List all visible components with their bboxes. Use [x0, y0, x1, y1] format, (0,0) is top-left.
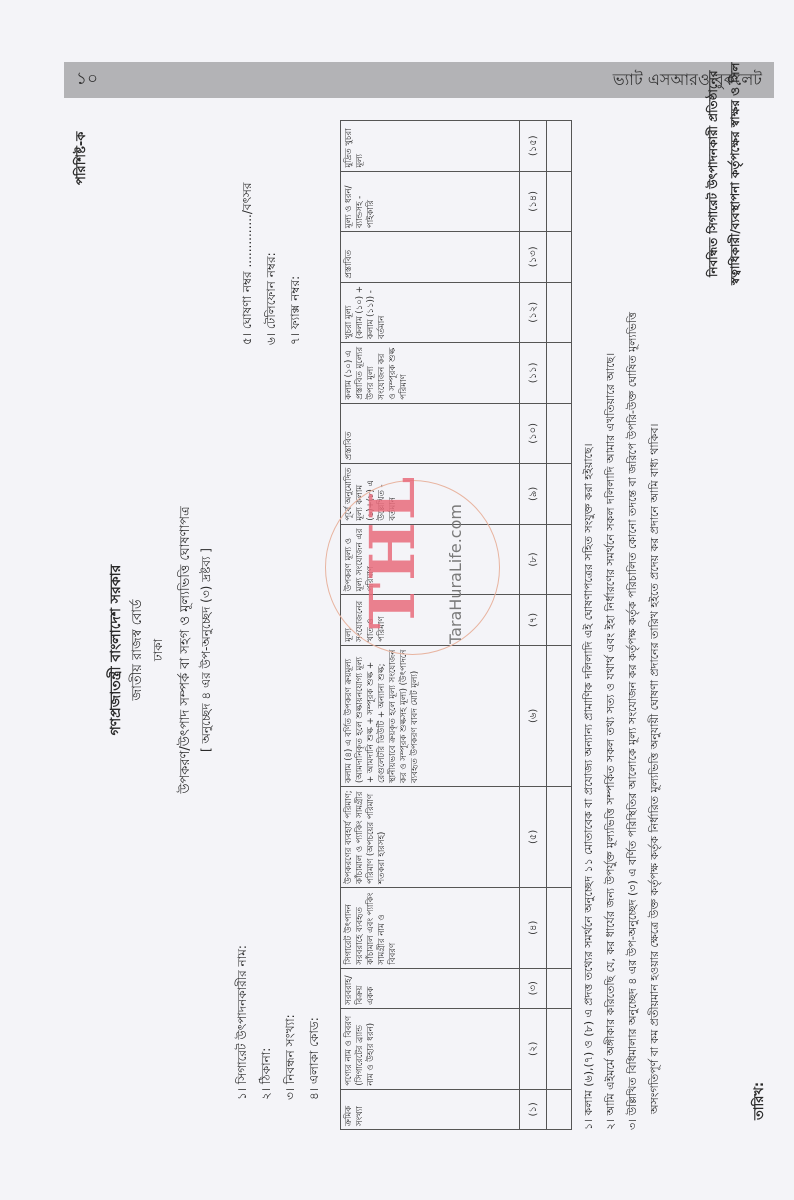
col-number: (৩) — [520, 968, 547, 1008]
field-registration-number: ৩। নিবন্ধন সংখ্যা: — [278, 945, 302, 1100]
col-header-3: সরবরাহ/বিক্রয় একক — [341, 968, 520, 1008]
table-number-row: (১) (২) (৩) (৪) (৫) (৬) (৭) (৮) (৯) (১০)… — [520, 121, 547, 1130]
col-header-5: উপকরণের ব্যবহার্য পরিমাণ; কাঁচামাল ও প্য… — [341, 786, 520, 887]
watermark-site: TaraHuraLife.com — [446, 504, 465, 644]
signature-line-2: স্বত্বাধিকারী/ব্যবস্থাপনা কর্তৃপক্ষের স্… — [724, 63, 746, 285]
col-number: (১১) — [520, 343, 547, 404]
col-header-2: পণ্যের নাম ও বিবরণ (সিগারেটের ব্র্যান্ড … — [341, 1008, 520, 1089]
col-header-10: প্রস্তাবিত — [341, 403, 520, 464]
col-header-1: ক্রমিক সংখ্যা — [341, 1089, 520, 1129]
col-number: (১২) — [520, 282, 547, 343]
field-area-code: ৪। এলাকা কোড: — [302, 945, 326, 1100]
note-3: ৩। উল্লিখিত বিধিমালার অনুচ্ছেদ ৪ এর উপ-অ… — [622, 120, 644, 1130]
col-number: (৫) — [520, 786, 547, 887]
note-2: ২। আমি এইমর্মে অঙ্গীকার করিতেছি যে, কর ধ… — [600, 120, 622, 1130]
col-number: (৭) — [520, 595, 547, 645]
col-number: (৬) — [520, 645, 547, 786]
col-header-11: কলাম (১০) এ প্রস্তাবিত মূল্যের উপর মূল্য… — [341, 343, 520, 404]
field-fax: ৭। ফ্যাক্স নম্বর: — [283, 182, 307, 345]
watermark: THL TaraHuraLife.com — [325, 480, 500, 655]
page-number: ১০ — [76, 66, 98, 94]
producer-fields: ১। সিগারেট উৎপাদনকারীর নাম: ২। ঠিকানা: ৩… — [230, 945, 326, 1100]
col-header-14: মূল্য ও ধরন/ব্যান্ডসহ - পাইকারি — [341, 171, 520, 232]
table-blank-row — [547, 121, 572, 1130]
watermark-logo: THL — [356, 475, 429, 629]
board-title: জাতীয় রাজস্ব বোর্ড — [128, 500, 149, 800]
declaration-fields: ৫। ঘোষণা নম্বর ............../বৎসর ৬। টে… — [235, 182, 307, 345]
declaration-notes: ১। কলাম (৬),(৭) ও (৮) এ প্রদত্ত তথ্যের স… — [578, 120, 666, 1130]
form-subtitle: [ অনুচ্ছেদ ৪ এর উপ-অনুচ্ছেদ (৩) দ্রষ্টব্… — [198, 410, 218, 890]
signature-block: নিবন্ধিত সিগারেট উৎপাদনকারী প্রতিষ্ঠানের… — [702, 63, 746, 285]
rotated-form-page: পরিশিষ্ট-ক গণপ্রজাতন্ত্রী বাংলাদেশ সরকার… — [70, 100, 785, 1190]
form-title: উপকরণ/উৎপাদ সম্পর্ক বা সহগ ও মূল্যভিত্তি… — [176, 410, 197, 890]
col-number: (৯) — [520, 464, 547, 525]
col-header-15: মুদ্রিত খুচরা মূল্য — [341, 121, 520, 172]
field-producer-name: ১। সিগারেট উৎপাদনকারীর নাম: — [230, 945, 254, 1100]
page-header: ১০ ভ্যাট এসআরও বুকলেট — [64, 62, 774, 98]
col-header-13: প্রস্তাবিত — [341, 232, 520, 282]
signature-line-1: নিবন্ধিত সিগারেট উৎপাদনকারী প্রতিষ্ঠানের — [702, 63, 724, 285]
col-number: (২) — [520, 1008, 547, 1089]
col-header-6: কলাম (৪) এ বর্ণিত উপকরণ ক্রয়মূল্য (আমদা… — [341, 645, 520, 786]
field-telephone: ৬। টেলিফোন নম্বর: — [259, 182, 283, 345]
date-label: তারিখ: — [750, 1082, 771, 1120]
government-title: গণপ্রজাতন্ত্রী বাংলাদেশ সরকার — [104, 500, 128, 800]
field-address: ২। ঠিকানা: — [254, 945, 278, 1100]
field-declaration-number: ৫। ঘোষণা নম্বর ............../বৎসর — [235, 182, 259, 345]
city-label: ঢাকা — [150, 500, 170, 800]
col-number: (৮) — [520, 524, 547, 595]
note-3-continued: অসংগতিপূর্ণ বা কম প্রতীয়মান হওয়ার ক্ষে… — [644, 120, 666, 1130]
col-number: (১০) — [520, 403, 547, 464]
col-header-4: সিগারেট উৎপাদন সরবরাহে ব্যবহৃত কাঁচামাল … — [341, 887, 520, 968]
col-header-12: খুচরা মূল্য (কলাম (১০) + কলাম (১১)) - বর… — [341, 282, 520, 343]
col-number: (১) — [520, 1089, 547, 1129]
note-1: ১। কলাম (৬),(৭) ও (৮) এ প্রদত্ত তথ্যের স… — [578, 120, 600, 1130]
col-number: (৪) — [520, 887, 547, 968]
col-number: (১৩) — [520, 232, 547, 282]
col-number: (১৪) — [520, 171, 547, 232]
appendix-label: পরিশিষ্ট-ক — [72, 132, 93, 185]
col-number: (১৫) — [520, 121, 547, 172]
